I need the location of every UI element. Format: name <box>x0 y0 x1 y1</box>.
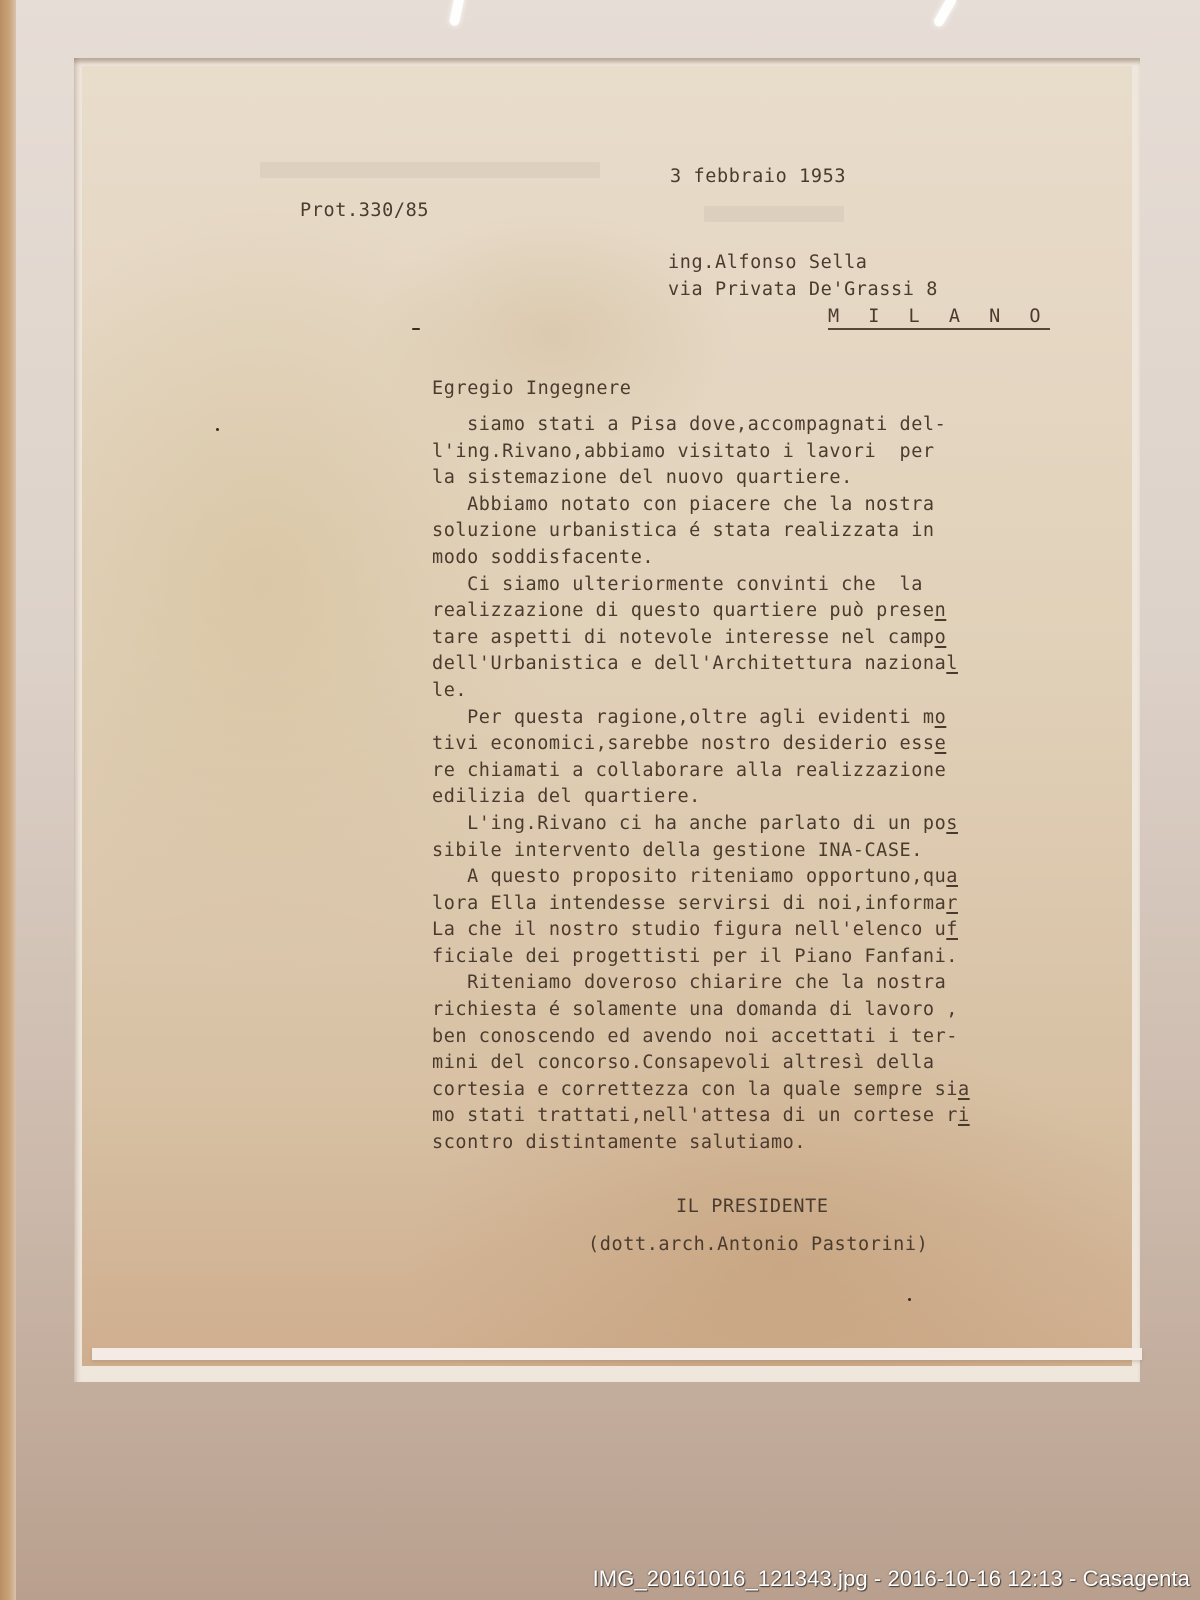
hyphenation-underline: n <box>935 600 947 621</box>
body-line: L'ing.Rivano ci ha anche parlato di un p… <box>432 811 970 838</box>
body-line-text: mo stati trattati,nell'attesa di un cort… <box>432 1105 958 1126</box>
protocol-number: Prot.330/85 <box>300 200 429 221</box>
body-line: ficiale dei progettisti per il Piano Fan… <box>432 944 970 971</box>
body-line-text: sibile intervento della gestione INA-CAS… <box>432 840 923 861</box>
recipient-address: via Privata De'Grassi 8 <box>668 279 938 300</box>
ink-mark <box>908 1298 911 1301</box>
body-line: Riteniamo doveroso chiarire che la nostr… <box>432 970 970 997</box>
body-line-text: Per questa ragione,oltre agli evidenti m <box>432 707 935 728</box>
body-line: Ci siamo ulteriormente convinti che la <box>432 572 970 599</box>
body-line: dell'Urbanistica e dell'Architettura naz… <box>432 651 970 678</box>
mat-window-edge <box>92 1348 1142 1360</box>
ink-mark <box>216 428 219 431</box>
bleed-through-text <box>704 206 844 222</box>
body-line: scontro distintamente salutiamo. <box>432 1130 970 1157</box>
body-line-text: edilizia del quartiere. <box>432 786 701 807</box>
hyphenation-underline: f <box>946 919 958 940</box>
body-line: mo stati trattati,nell'attesa di un cort… <box>432 1103 970 1130</box>
body-line-text: L'ing.Rivano ci ha anche parlato di un p… <box>432 813 946 834</box>
body-line-text: richiesta é solamente una domanda di lav… <box>432 999 958 1020</box>
body-line-text: tare aspetti di notevole interesse nel c… <box>432 627 935 648</box>
salutation: Egregio Ingegnere <box>432 378 632 399</box>
body-line: la sistemazione del nuovo quartiere. <box>432 465 970 492</box>
body-line-text: dell'Urbanistica e dell'Architettura naz… <box>432 653 946 674</box>
light-reflection <box>932 0 958 28</box>
body-line-text: le. <box>432 680 467 701</box>
signature-title: IL PRESIDENTE <box>676 1196 829 1217</box>
hyphenation-underline: o <box>935 707 947 728</box>
body-line-text: Ci siamo ulteriormente convinti che la <box>432 574 923 595</box>
body-line: mini del concorso.Consapevoli altresì de… <box>432 1050 970 1077</box>
body-line: siamo stati a Pisa dove,accompagnati del… <box>432 412 970 439</box>
body-line-text: mini del concorso.Consapevoli altresì de… <box>432 1052 935 1073</box>
body-line: modo soddisfacente. <box>432 545 970 572</box>
body-line: re chiamati a collaborare alla realizzaz… <box>432 758 970 785</box>
letter-date: 3 febbraio 1953 <box>670 166 846 187</box>
body-line-text: soluzione urbanistica é stata realizzata… <box>432 520 935 541</box>
body-line-text: A questo proposito riteniamo opportuno,q… <box>432 866 946 887</box>
body-line: richiesta é solamente una domanda di lav… <box>432 997 970 1024</box>
body-line: lora Ella intendesse servirsi di noi,inf… <box>432 891 970 918</box>
body-line: Per questa ragione,oltre agli evidenti m… <box>432 705 970 732</box>
body-line: soluzione urbanistica é stata realizzata… <box>432 518 970 545</box>
body-line-text: scontro distintamente salutiamo. <box>432 1132 806 1153</box>
body-line: l'ing.Rivano,abbiamo visitato i lavori p… <box>432 439 970 466</box>
hyphenation-underline: a <box>958 1079 970 1100</box>
hyphenation-underline: a <box>946 866 958 887</box>
body-line-text: tivi economici,sarebbe nostro desiderio … <box>432 733 935 754</box>
body-line: ben conoscendo ed avendo noi accettati i… <box>432 1024 970 1051</box>
body-line-text: Riteniamo doveroso chiarire che la nostr… <box>432 972 946 993</box>
body-line: Abbiamo notato con piacere che la nostra <box>432 492 970 519</box>
body-line: sibile intervento della gestione INA-CAS… <box>432 838 970 865</box>
photo-caption: IMG_20161016_121343.jpg - 2016-10-16 12:… <box>593 1566 1190 1592</box>
body-line-text: La che il nostro studio figura nell'elen… <box>432 919 946 940</box>
body-line-text: ficiale dei progettisti per il Piano Fan… <box>432 946 958 967</box>
body-line-text: modo soddisfacente. <box>432 547 654 568</box>
hyphenation-underline: i <box>958 1105 970 1126</box>
letter-body: siamo stati a Pisa dove,accompagnati del… <box>432 412 970 1157</box>
body-line-text: cortesia e correttezza con la quale semp… <box>432 1079 958 1100</box>
body-line: le. <box>432 678 970 705</box>
body-line-text: lora Ella intendesse servirsi di noi,inf… <box>432 893 946 914</box>
body-line: edilizia del quartiere. <box>432 784 970 811</box>
body-line-text: siamo stati a Pisa dove,accompagnati del… <box>432 414 946 435</box>
hyphenation-underline: o <box>935 627 947 648</box>
picture-frame-edge <box>0 0 16 1600</box>
body-line-text: l'ing.Rivano,abbiamo visitato i lavori p… <box>432 441 935 462</box>
hyphenation-underline: s <box>946 813 958 834</box>
body-line-text: realizzazione di questo quartiere può pr… <box>432 600 935 621</box>
hyphenation-underline: e <box>935 733 947 754</box>
light-reflection <box>449 0 466 27</box>
recipient-name: ing.Alfonso Sella <box>668 252 868 273</box>
hyphenation-underline: l <box>946 653 958 674</box>
body-line: La che il nostro studio figura nell'elen… <box>432 917 970 944</box>
ink-mark <box>412 328 420 330</box>
body-line: cortesia e correttezza con la quale semp… <box>432 1077 970 1104</box>
body-line: tivi economici,sarebbe nostro desiderio … <box>432 731 970 758</box>
body-line-text: Abbiamo notato con piacere che la nostra <box>432 494 935 515</box>
hyphenation-underline: r <box>946 893 958 914</box>
body-line-text: la sistemazione del nuovo quartiere. <box>432 467 853 488</box>
body-line: realizzazione di questo quartiere può pr… <box>432 598 970 625</box>
body-line-text: ben conoscendo ed avendo noi accettati i… <box>432 1026 958 1047</box>
signature-name: (dott.arch.Antonio Pastorini) <box>588 1234 928 1255</box>
body-line: tare aspetti di notevole interesse nel c… <box>432 625 970 652</box>
body-line-text: re chiamati a collaborare alla realizzaz… <box>432 760 946 781</box>
bleed-through-text <box>260 162 600 178</box>
recipient-city: M I L A N O <box>828 306 1050 330</box>
body-line: A questo proposito riteniamo opportuno,q… <box>432 864 970 891</box>
